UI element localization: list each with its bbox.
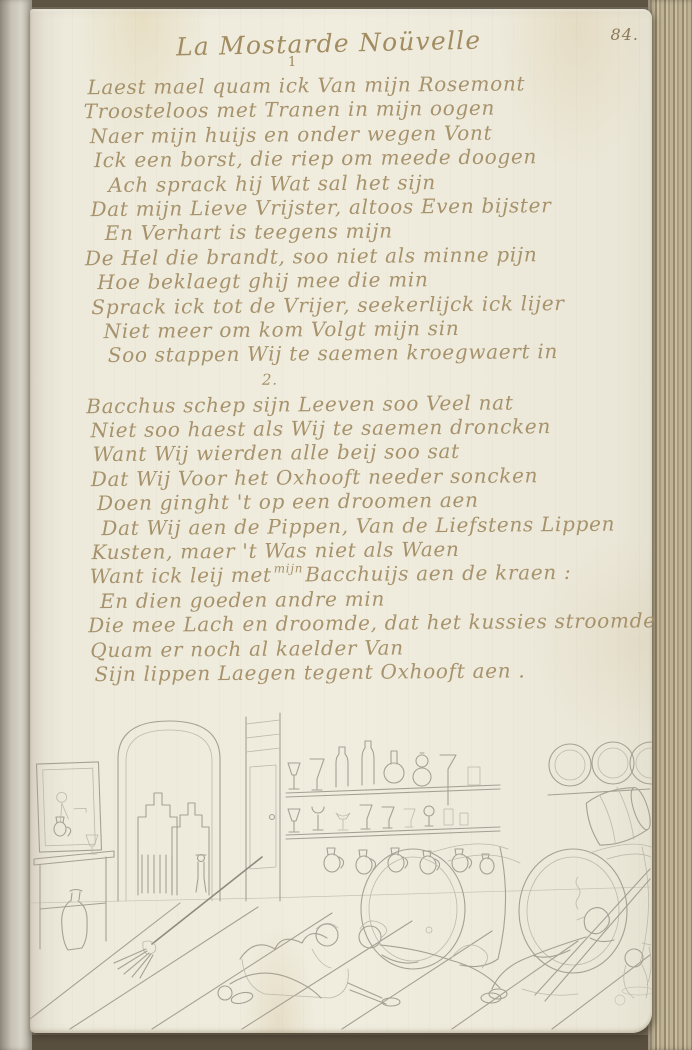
poem-title: La Mostarde Noüvelle [176,26,482,62]
tavern-door [246,713,280,901]
page-number: 84. [611,25,639,44]
sleeping-figure [359,921,507,999]
shelf-with-bottles [286,741,500,805]
book-photograph: 84. La Mostarde Noüvelle 1 Laest mael qu… [0,0,692,1050]
tavern-interior-sketch [30,697,652,1031]
framed-picture [36,762,101,852]
shelf-with-glasses [286,805,500,839]
manuscript-page: 84. La Mostarde Noüvelle 1 Laest mael qu… [30,9,652,1033]
side-table-with-jug [34,817,114,950]
row-of-jugs [324,848,494,874]
small-figure [196,855,206,893]
poem-line: Sijn lippen Laegen tegent Oxhooft aen . [94,657,654,686]
plate-rack [548,742,652,795]
large-wine-barrel [361,844,520,969]
plank-floor [30,887,650,1029]
book-cover-bottom-edge [0,1035,692,1050]
broom [114,857,262,978]
sleeping-figure [615,949,648,1005]
inserted-word: mijn [274,562,304,576]
sleeping-figure [240,923,400,1006]
stanza-number: 1 [288,55,296,70]
arched-window [118,721,220,901]
poem-text: Laest mael quam ick Van mijn Rosemont Tr… [27,70,654,687]
sleeping-figure [218,973,321,1005]
line-text: Want ick leij met [90,563,272,589]
stepped-gable-houses [138,793,209,895]
book-cover-top-edge [0,0,692,7]
stanza-number: 2. [262,363,652,392]
book-fore-edge-pages [648,0,692,1050]
sleeping-figure-snoring [481,877,614,1003]
line-text: Bacchuijs aen de kraen : [305,560,571,586]
